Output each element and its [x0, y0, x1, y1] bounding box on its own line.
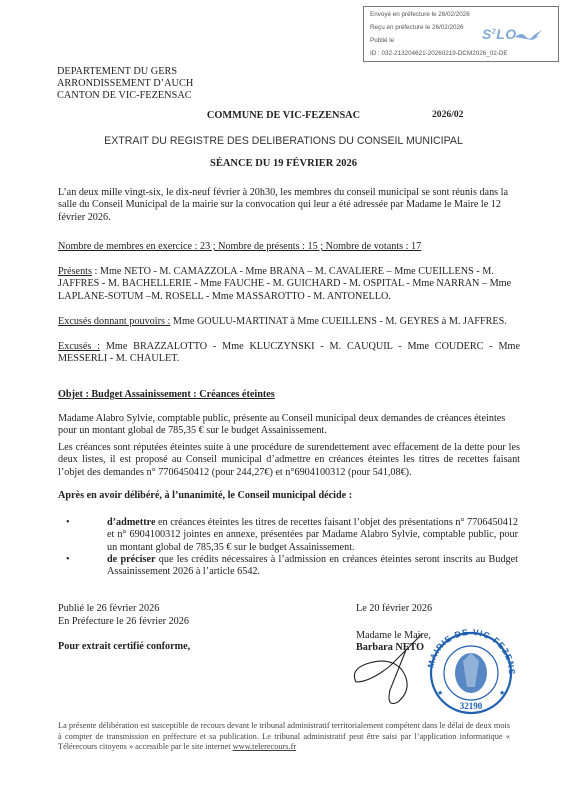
plane-icon [514, 29, 544, 41]
signature-date: Le 20 février 2026 [356, 603, 432, 616]
svg-text:★: ★ [499, 689, 505, 697]
publication-info: Publié le 26 février 2026 En Préfecture … [58, 603, 189, 628]
registry-title: EXTRAIT DU REGISTRE DES DELIBERATIONS DU… [0, 135, 567, 147]
excused-label: Excusés : [58, 341, 100, 352]
session-title: SÉANCE DU 19 FÉVRIER 2026 [0, 158, 567, 169]
present-list: : Mme NETO - M. CAMAZZOLA - Mme BRANA – … [58, 266, 511, 302]
intro-paragraph: L’an deux mille vingt-six, le dix-neuf f… [58, 187, 520, 224]
published-date: Publié le 26 février 2026 [58, 603, 189, 616]
present-members: Présents : Mme NETO - M. CAMAZZOLA - Mme… [58, 266, 520, 303]
department-header: DEPARTEMENT DU GERS ARRONDISSEMENT D’AUC… [57, 66, 193, 102]
commune-title: COMMUNE DE VIC-FEZENSAC [0, 110, 567, 121]
prefecture-stamp: Envoyé en préfecture le 26/02/2026 Reçu … [363, 6, 559, 62]
decision-text: que les crédits nécessaires à l’admissio… [107, 554, 518, 577]
decision-item: • d’admettre en créances éteintes les ti… [66, 517, 518, 554]
excused-list: Mme BRAZZALOTTO - Mme KLUCZYNSKI - M. CA… [58, 341, 520, 364]
telerecours-link[interactable]: www.telerecours.fr [233, 742, 297, 751]
legal-notice: La présente délibération est susceptible… [58, 721, 510, 753]
slo-logo: S2LO [482, 26, 517, 42]
subject-heading: Objet : Budget Assainissement : Créances… [58, 389, 520, 401]
decision-list: • d’admettre en créances éteintes les ti… [66, 517, 518, 578]
decision-verb: d’admettre [107, 517, 155, 528]
decision-text: en créances éteintes les titres de recet… [107, 517, 518, 553]
prefecture-date: En Préfecture le 26 février 2026 [58, 616, 189, 629]
canton-line: CANTON DE VIC-FEZENSAC [57, 90, 193, 102]
bullet-icon: • [66, 517, 107, 554]
proxy-label: Excusés donnant pouvoirs : [58, 316, 170, 327]
decision-verb: de préciser [107, 554, 156, 565]
svg-text:★: ★ [437, 689, 443, 697]
body-paragraph-2: Les créances sont réputées éteintes suit… [58, 442, 520, 479]
signature-scribble-icon [350, 630, 430, 710]
bullet-icon: • [66, 554, 107, 579]
member-counts: Nombre de membres en exercice : 23 ; Nom… [58, 241, 520, 253]
department-line: DEPARTEMENT DU GERS [57, 66, 193, 78]
decision-item: • de préciser que les crédits nécessaire… [66, 554, 518, 579]
arrondissement-line: ARRONDISSEMENT D’AUCH [57, 78, 193, 90]
excused-members: Excusés : Mme BRAZZALOTTO - Mme KLUCZYNS… [58, 341, 520, 366]
stamp-sent: Envoyé en préfecture le 26/02/2026 [370, 11, 470, 18]
stamp-published: Publié le [370, 37, 394, 44]
svg-text:32190: 32190 [460, 701, 483, 711]
present-label: Présents [58, 266, 92, 277]
stamp-received: Reçu en préfecture le 26/02/2026 [370, 24, 463, 31]
decision-heading: Après en avoir délibéré, à l’unanimité, … [58, 490, 520, 502]
mairie-seal-icon: MAIRIE DE VIC-FEZENSAC 32190 ★ ★ [419, 625, 523, 715]
proxy-list: Mme GOULU-MARTINAT à Mme CUEILLENS - M. … [170, 316, 507, 327]
certified-statement: Pour extrait certifié conforme, [58, 641, 190, 652]
proxy-members: Excusés donnant pouvoirs : Mme GOULU-MAR… [58, 316, 520, 328]
body-paragraph-1: Madame Alabro Sylvie, comptable public, … [58, 413, 520, 438]
stamp-id: ID : 032-213204621-20260219-DCM2026_02-D… [370, 50, 508, 57]
